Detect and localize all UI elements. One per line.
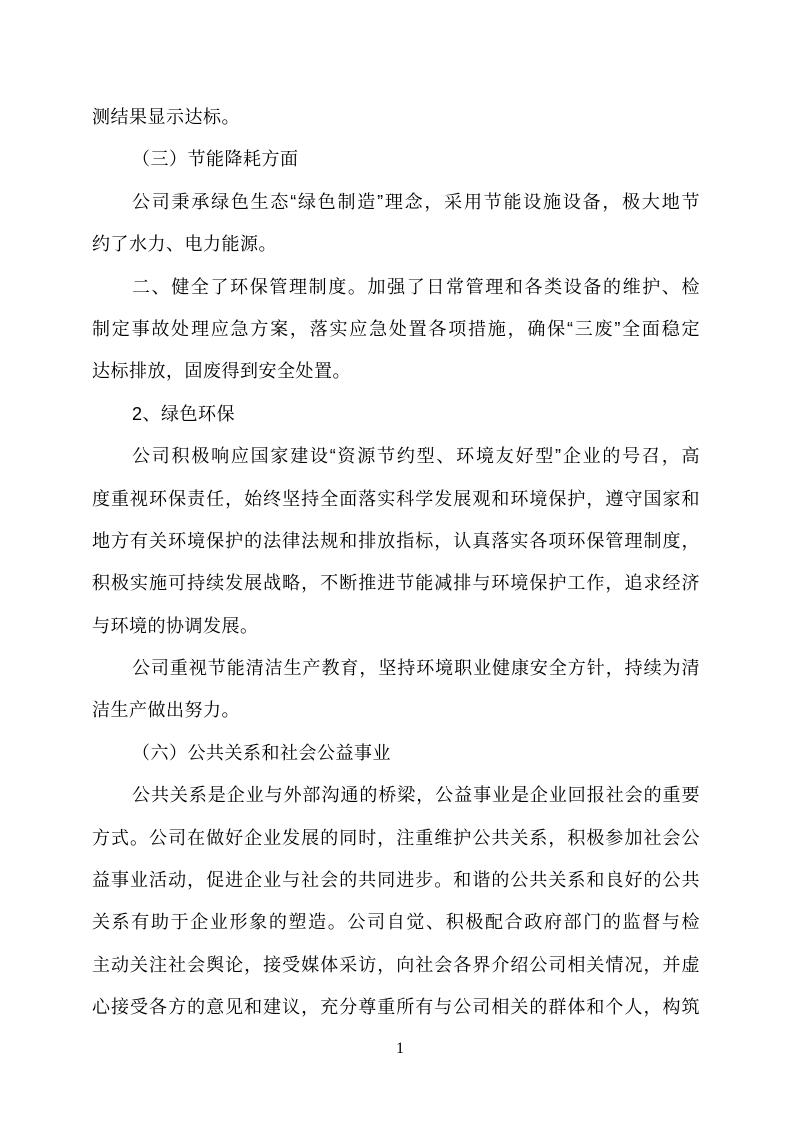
text-line: （三）节能降耗方面 [92,138,700,180]
text-line: 公司重视节能清洁生产教育，坚持环境职业健康安全方针，持续为清 [92,647,700,689]
text-line: 积极实施可持续发展战略，不断推进节能减排与环境保护工作，追求经济 [92,562,700,604]
text-line: 益事业活动，促进企业与社会的共同进步。和谐的公共关系和良好的公共 [92,859,700,901]
text-line: 与环境的协调发展。 [92,605,700,647]
text-line: 达标排放，固废得到安全处置。 [92,350,700,392]
text-line: 2、绿色环保 [92,393,700,435]
text-line: 地方有关环境保护的法律法规和排放指标，认真落实各项环保管理制度， [92,520,700,562]
text-line: 度重视环保责任，始终坚持全面落实科学发展观和环境保护，遵守国家和 [92,478,700,520]
text-block: 测结果显示达标。（三）节能降耗方面公司秉承绿色生态“绿色制造”理念，采用节能设施… [92,96,700,1029]
text-line: 公司秉承绿色生态“绿色制造”理念，采用节能设施设备，极大地节 [92,181,700,223]
text-line: 测结果显示达标。 [92,96,700,138]
text-line: 心接受各方的意见和建议，充分尊重所有与公司相关的群体和个人，构筑 [92,986,700,1028]
text-line: 公司积极响应国家建设“资源节约型、环境友好型”企业的号召，高 [92,435,700,477]
text-line: 公共关系是企业与外部沟通的桥梁，公益事业是企业回报社会的重要 [92,774,700,816]
text-line: （六）公共关系和社会公益事业 [92,732,700,774]
text-line: 二、健全了环保管理制度。加强了日常管理和各类设备的维护、检查， [92,266,700,308]
text-line: 主动关注社会舆论，接受媒体采访，向社会各界介绍公司相关情况，并虚 [92,944,700,986]
text-line: 洁生产做出努力。 [92,689,700,731]
page-number: 1 [0,1040,800,1058]
text-line: 制定事故处理应急方案，落实应急处置各项措施，确保“三废”全面稳定 [92,308,700,350]
text-line: 关系有助于企业形象的塑造。公司自觉、积极配合政府部门的监督与检查； [92,901,700,943]
document-page: 测结果显示达标。（三）节能降耗方面公司秉承绿色生态“绿色制造”理念，采用节能设施… [0,0,800,1139]
text-line: 约了水力、电力能源。 [92,223,700,265]
text-line: 方式。公司在做好企业发展的同时，注重维护公共关系，积极参加社会公 [92,817,700,859]
